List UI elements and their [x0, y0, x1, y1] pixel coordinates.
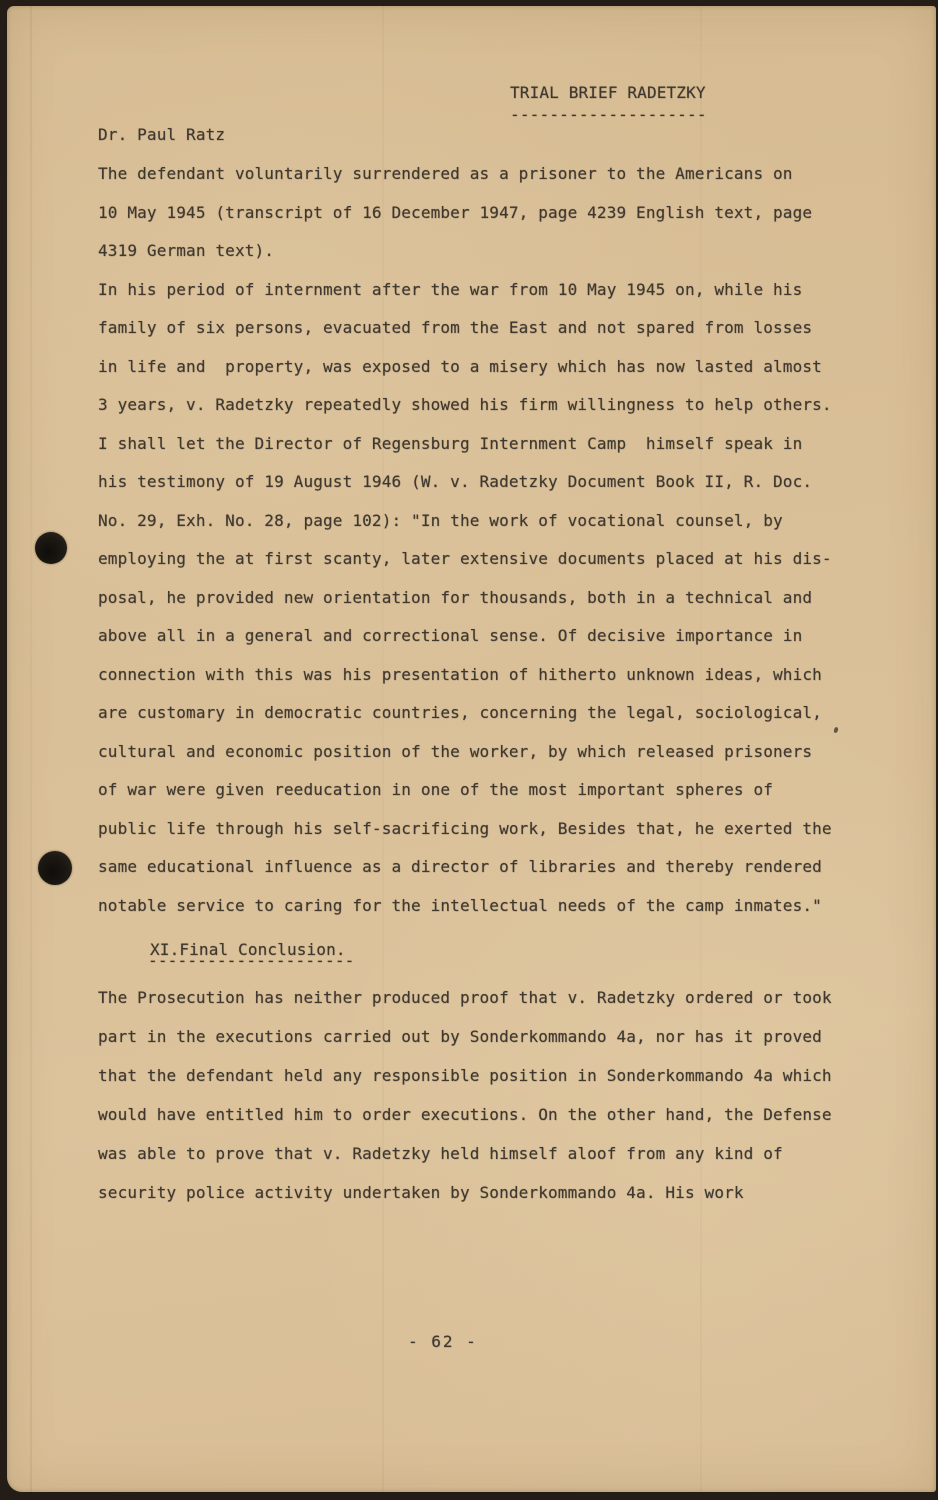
text-line: notable service to caring for the intell… — [98, 887, 888, 926]
page-number: - 62 - — [408, 1334, 478, 1350]
text-line: 10 May 1945 (transcript of 16 December 1… — [98, 194, 888, 233]
text-line: cultural and economic position of the wo… — [98, 733, 888, 772]
text-line: employing the at first scanty, later ext… — [98, 540, 888, 579]
text-line: same educational influence as a director… — [98, 848, 888, 887]
text-line: posal, he provided new orientation for t… — [98, 579, 888, 618]
text-line: above all in a general and correctional … — [98, 617, 888, 656]
scanned-document-screenshot: { "header": { "title": "TRIAL BRIEF RADE… — [0, 0, 938, 1500]
text-line: of war were given reeducation in one of … — [98, 771, 888, 810]
text-line: security police activity undertaken by S… — [98, 1173, 888, 1212]
text-line: In his period of internment after the wa… — [98, 271, 888, 310]
text-line: No. 29, Exh. No. 28, page 102): "In the … — [98, 502, 888, 541]
hole-punch-bottom — [38, 851, 72, 885]
text-line: The Prosecution has neither produced pro… — [98, 978, 888, 1017]
document-page: TRIAL BRIEF RADETZKY -------------------… — [7, 6, 936, 1492]
text-line: would have entitled him to order executi… — [98, 1095, 888, 1134]
body-paragraphs: The defendant voluntarily surrendered as… — [98, 155, 888, 925]
author-line: Dr. Paul Ratz — [98, 127, 225, 143]
text-line: are customary in democratic countries, c… — [98, 694, 888, 733]
text-line: part in the executions carried out by So… — [98, 1017, 888, 1056]
text-line: in life and property, was exposed to a m… — [98, 348, 888, 387]
text-line: public life through his self-sacrificing… — [98, 810, 888, 849]
conclusion-paragraph: The Prosecution has neither produced pro… — [98, 978, 888, 1212]
paper-crease — [30, 6, 32, 1492]
text-line: was able to prove that v. Radetzky held … — [98, 1134, 888, 1173]
text-line: his testimony of 19 August 1946 (W. v. R… — [98, 463, 888, 502]
text-line: connection with this was his presentatio… — [98, 656, 888, 695]
text-line: 3 years, v. Radetzky repeatedly showed h… — [98, 386, 888, 425]
hole-punch-top — [35, 532, 67, 564]
text-line: that the defendant held any responsible … — [98, 1056, 888, 1095]
text-line: I shall let the Director of Regensburg I… — [98, 425, 888, 464]
section-heading-underline: --------------------- — [148, 953, 355, 969]
text-line: The defendant voluntarily surrendered as… — [98, 155, 888, 194]
text-line: 4319 German text). — [98, 232, 888, 271]
document-title: TRIAL BRIEF RADETZKY — [510, 85, 706, 101]
title-underline: -------------------- — [510, 107, 707, 123]
text-line: family of six persons, evacuated from th… — [98, 309, 888, 348]
